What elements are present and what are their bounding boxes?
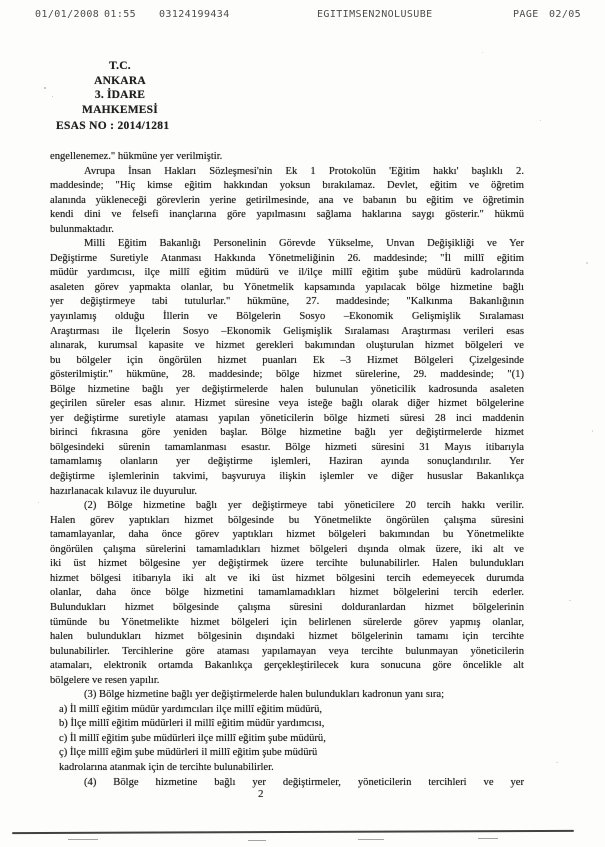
- paragraph: (2) Bölge hizmetine bağlı yer değiştirme…: [50, 499, 524, 688]
- scan-noise-speck: [38, 502, 39, 503]
- fax-page-value: 02/05: [549, 9, 581, 20]
- text-line: Bölge hizmetine bağlı yer değiştirmelerd…: [50, 383, 524, 398]
- text-line: Değiştirme Suretiyle Atanması Hakkında Y…: [50, 252, 524, 267]
- text-line: birinci fıkrasına göre yeniden başlar. B…: [50, 426, 524, 441]
- text-line: ç) İlçe millî eğim şube müdürleri il mil…: [50, 746, 524, 761]
- text-line: kendi dini ve felsefi inançlarına göre y…: [50, 208, 524, 223]
- fax-time: 01:55: [104, 9, 136, 20]
- text-line: hizmet bölgesi itibarıyla iki alt ve iki…: [50, 572, 524, 587]
- text-line: Araştırması ile İlçelerin Sosyo –Ekonomi…: [50, 325, 524, 340]
- text-line: bu bölgeler için öngörülen hizmet puanla…: [50, 354, 524, 369]
- text-line: tamamlamış olanların yer değiştirme işle…: [50, 455, 524, 470]
- text-line: olanlar, daha önce bölge hizmetini tamam…: [50, 586, 524, 601]
- fax-date: 01/01/2008: [35, 9, 99, 20]
- fax-number: 03124199434: [159, 9, 230, 20]
- text-line: b) İlçe millî eğitim müdürleri il millî …: [50, 717, 524, 732]
- text-line: gösterilmiştir." hükmüne, 28. maddesinde…: [50, 368, 524, 383]
- text-line: iki üst hizmet bölgesine yer değiştirmek…: [50, 557, 524, 572]
- scan-noise-speck: [482, 52, 483, 53]
- case-number: ESAS NO : 2014/1281: [56, 120, 169, 132]
- fax-page-label: PAGE: [513, 9, 539, 20]
- page-number: 2: [258, 788, 264, 800]
- text-line: yer değiştirme suretiyle ataması yapılan…: [50, 412, 524, 427]
- text-line: a) İl millî eğitim müdür yardımcıları il…: [50, 703, 524, 718]
- text-line: maddesinde; "Hiç kimse eğitim hakkından …: [50, 179, 524, 194]
- paragraph: (4) Bölge hizmetine bağlı yer değiştirme…: [50, 776, 524, 791]
- scan-noise-speck: [569, 600, 571, 601]
- scan-noise-dash: [478, 838, 498, 839]
- text-line: hazırlanacak kılavuz ile duyurulur.: [50, 485, 524, 500]
- text-line: Avrupa İnsan Hakları Sözleşmesi'nin Ek 1…: [50, 165, 524, 180]
- text-line: öngörülen çalışma sürelerini tamamladıkl…: [50, 543, 524, 558]
- scan-noise-speck: [44, 87, 46, 89]
- paragraph: Avrupa İnsan Hakları Sözleşmesi'nin Ek 1…: [50, 165, 524, 238]
- text-line: geçirilen süreler esas alınır. Hizmet sü…: [50, 397, 524, 412]
- scan-noise-speck: [92, 643, 93, 644]
- paragraph: Milli Eğitim Bakanlığı Personelinin Göre…: [50, 237, 524, 499]
- text-line: engellenemez." hükmüne yer verilmiştir.: [50, 150, 524, 165]
- letterhead-court: 3. İDARE MAHKEMESİ: [58, 88, 182, 117]
- scan-noise-dash: [248, 840, 266, 841]
- letterhead-republic: T.C.: [58, 59, 182, 74]
- text-line: değiştirme işlemlerinin takvimi, başvuru…: [50, 470, 524, 485]
- scan-noise-speck: [540, 120, 541, 121]
- text-line: Bulundukları hizmet bölgesinde çalışma s…: [50, 601, 524, 616]
- court-letterhead: T.C. ANKARA 3. İDARE MAHKEMESİ: [58, 59, 182, 117]
- text-line: bölgesindeki sürenin tamamlanması esastı…: [50, 441, 524, 456]
- text-line: müdür yardımcısı, ilçe millî eğitim müdü…: [50, 266, 524, 281]
- scan-noise-dash: [68, 839, 98, 840]
- text-line: atamaları, elektronik ortamda Bakanlıkça…: [50, 659, 524, 674]
- text-line: c) İl millî eğitim şube müdürleri ilçe m…: [50, 732, 524, 747]
- scan-noise-speck: [592, 430, 593, 432]
- scan-noise-speck: [52, 96, 53, 97]
- text-line: yer değiştirmeye tabi tutulurlar." hükmü…: [50, 295, 524, 310]
- text-line: alanında yükleneceği görevlerin yerine g…: [50, 194, 524, 209]
- letterhead-city: ANKARA: [58, 74, 182, 89]
- text-line: Halen görev yaptıkları hizmet bölgesinde…: [50, 514, 524, 529]
- text-line: Milli Eğitim Bakanlığı Personelinin Göre…: [50, 237, 524, 252]
- text-line: kadrolarına atanmak için de tercihte bul…: [50, 761, 524, 776]
- text-line: halen bulundukları hizmet bölgesinin dış…: [50, 630, 524, 645]
- paragraph: engellenemez." hükmüne yer verilmiştir.: [50, 150, 524, 165]
- text-line: bölgelere ve resen yapılır.: [50, 674, 524, 689]
- paragraph: (3) Bölge hizmetine bağlı yer değiştirme…: [50, 688, 524, 775]
- text-line: tümünde bu Yönetmelikte hizmet bölgeleri…: [50, 616, 524, 631]
- scan-edge-line: [12, 830, 574, 835]
- text-line: (4) Bölge hizmetine bağlı yer değiştirme…: [50, 776, 524, 791]
- scanned-fax-page: 01/01/2008 01:55 03124199434 EGITIMSEN2N…: [0, 0, 605, 847]
- text-line: asaleten görev yapmakta olanlar, bu Yöne…: [50, 281, 524, 296]
- document-body: engellenemez." hükmüne yer verilmiştir.A…: [50, 150, 524, 790]
- text-line: bulunmaktadır.: [50, 223, 524, 238]
- scan-noise-dash: [358, 839, 384, 840]
- scan-noise-speck: [556, 762, 558, 763]
- fax-station-id: EGITIMSEN2NOLUSUBE: [317, 9, 433, 20]
- text-line: (2) Bölge hizmetine bağlı yer değiştirme…: [50, 499, 524, 514]
- text-line: yayınlamış olduğu İllerin ve Bölgelerin …: [50, 310, 524, 325]
- text-line: (3) Bölge hizmetine bağlı yer değiştirme…: [50, 688, 524, 703]
- text-line: tamamlayanlar, daha önce görev yaptıklar…: [50, 528, 524, 543]
- scan-noise-speck: [586, 262, 588, 264]
- text-line: bulunabilirler. Tercihlerine göre atamas…: [50, 645, 524, 660]
- text-line: alınarak, kurumsal kapasite ve hizmet ge…: [50, 339, 524, 354]
